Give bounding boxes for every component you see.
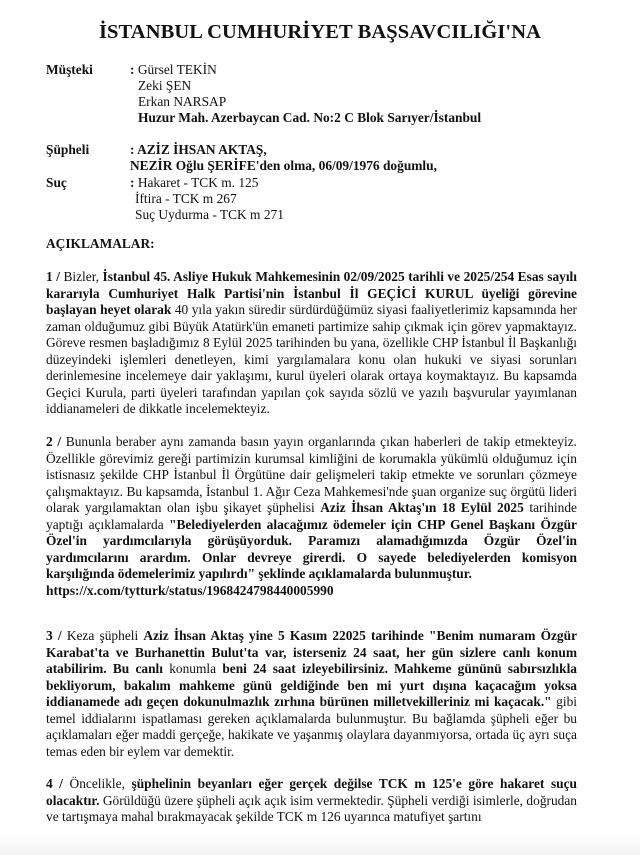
suspect-name: : AZİZ İHSAN AKTAŞ, bbox=[130, 142, 267, 158]
complainant-label: Müşteki bbox=[46, 62, 93, 78]
offense-label: Suç bbox=[46, 175, 67, 191]
complainant-name-1: : Gürsel TEKİN bbox=[130, 62, 217, 78]
complainant-address: Huzur Mah. Azerbaycan Cad. No:2 C Blok S… bbox=[138, 110, 481, 126]
complainant-name-2: Zeki ŞEN bbox=[138, 78, 191, 94]
paragraph-4: 4 / Öncelikle, şüphelinin beyanları eğer… bbox=[46, 776, 577, 826]
explanations-heading: AÇIKLAMALAR: bbox=[46, 236, 155, 252]
paragraph-3: 3 / Keza şüpheli Aziz İhsan Aktaş yine 5… bbox=[46, 628, 577, 760]
document-title: İSTANBUL CUMHURİYET BAŞSAVCILIĞI'NA bbox=[0, 21, 640, 44]
page-bottom-edge bbox=[0, 833, 640, 855]
complainant-name-3: Erkan NARSAP bbox=[138, 94, 226, 110]
offense-item-1: : Hakaret - TCK m. 125 bbox=[130, 175, 258, 191]
document-page: İSTANBUL CUMHURİYET BAŞSAVCILIĞI'NA Müşt… bbox=[0, 0, 640, 855]
offense-item-3: Suç Uydurma - TCK m 271 bbox=[135, 207, 284, 223]
offense-item-2: İftira - TCK m 267 bbox=[135, 191, 237, 207]
paragraph-1: 1 / Bizler, İstanbul 45. Asliye Hukuk Ma… bbox=[46, 269, 577, 418]
suspect-label: Şüpheli bbox=[46, 142, 89, 158]
paragraph-2: 2 / Bununla beraber aynı zamanda basın y… bbox=[46, 434, 577, 599]
suspect-details: NEZİR Oğlu ŞERİFE'den olma, 06/09/1976 d… bbox=[130, 158, 437, 174]
source-link[interactable]: https://x.com/tytturk/status/19684247984… bbox=[46, 583, 577, 600]
